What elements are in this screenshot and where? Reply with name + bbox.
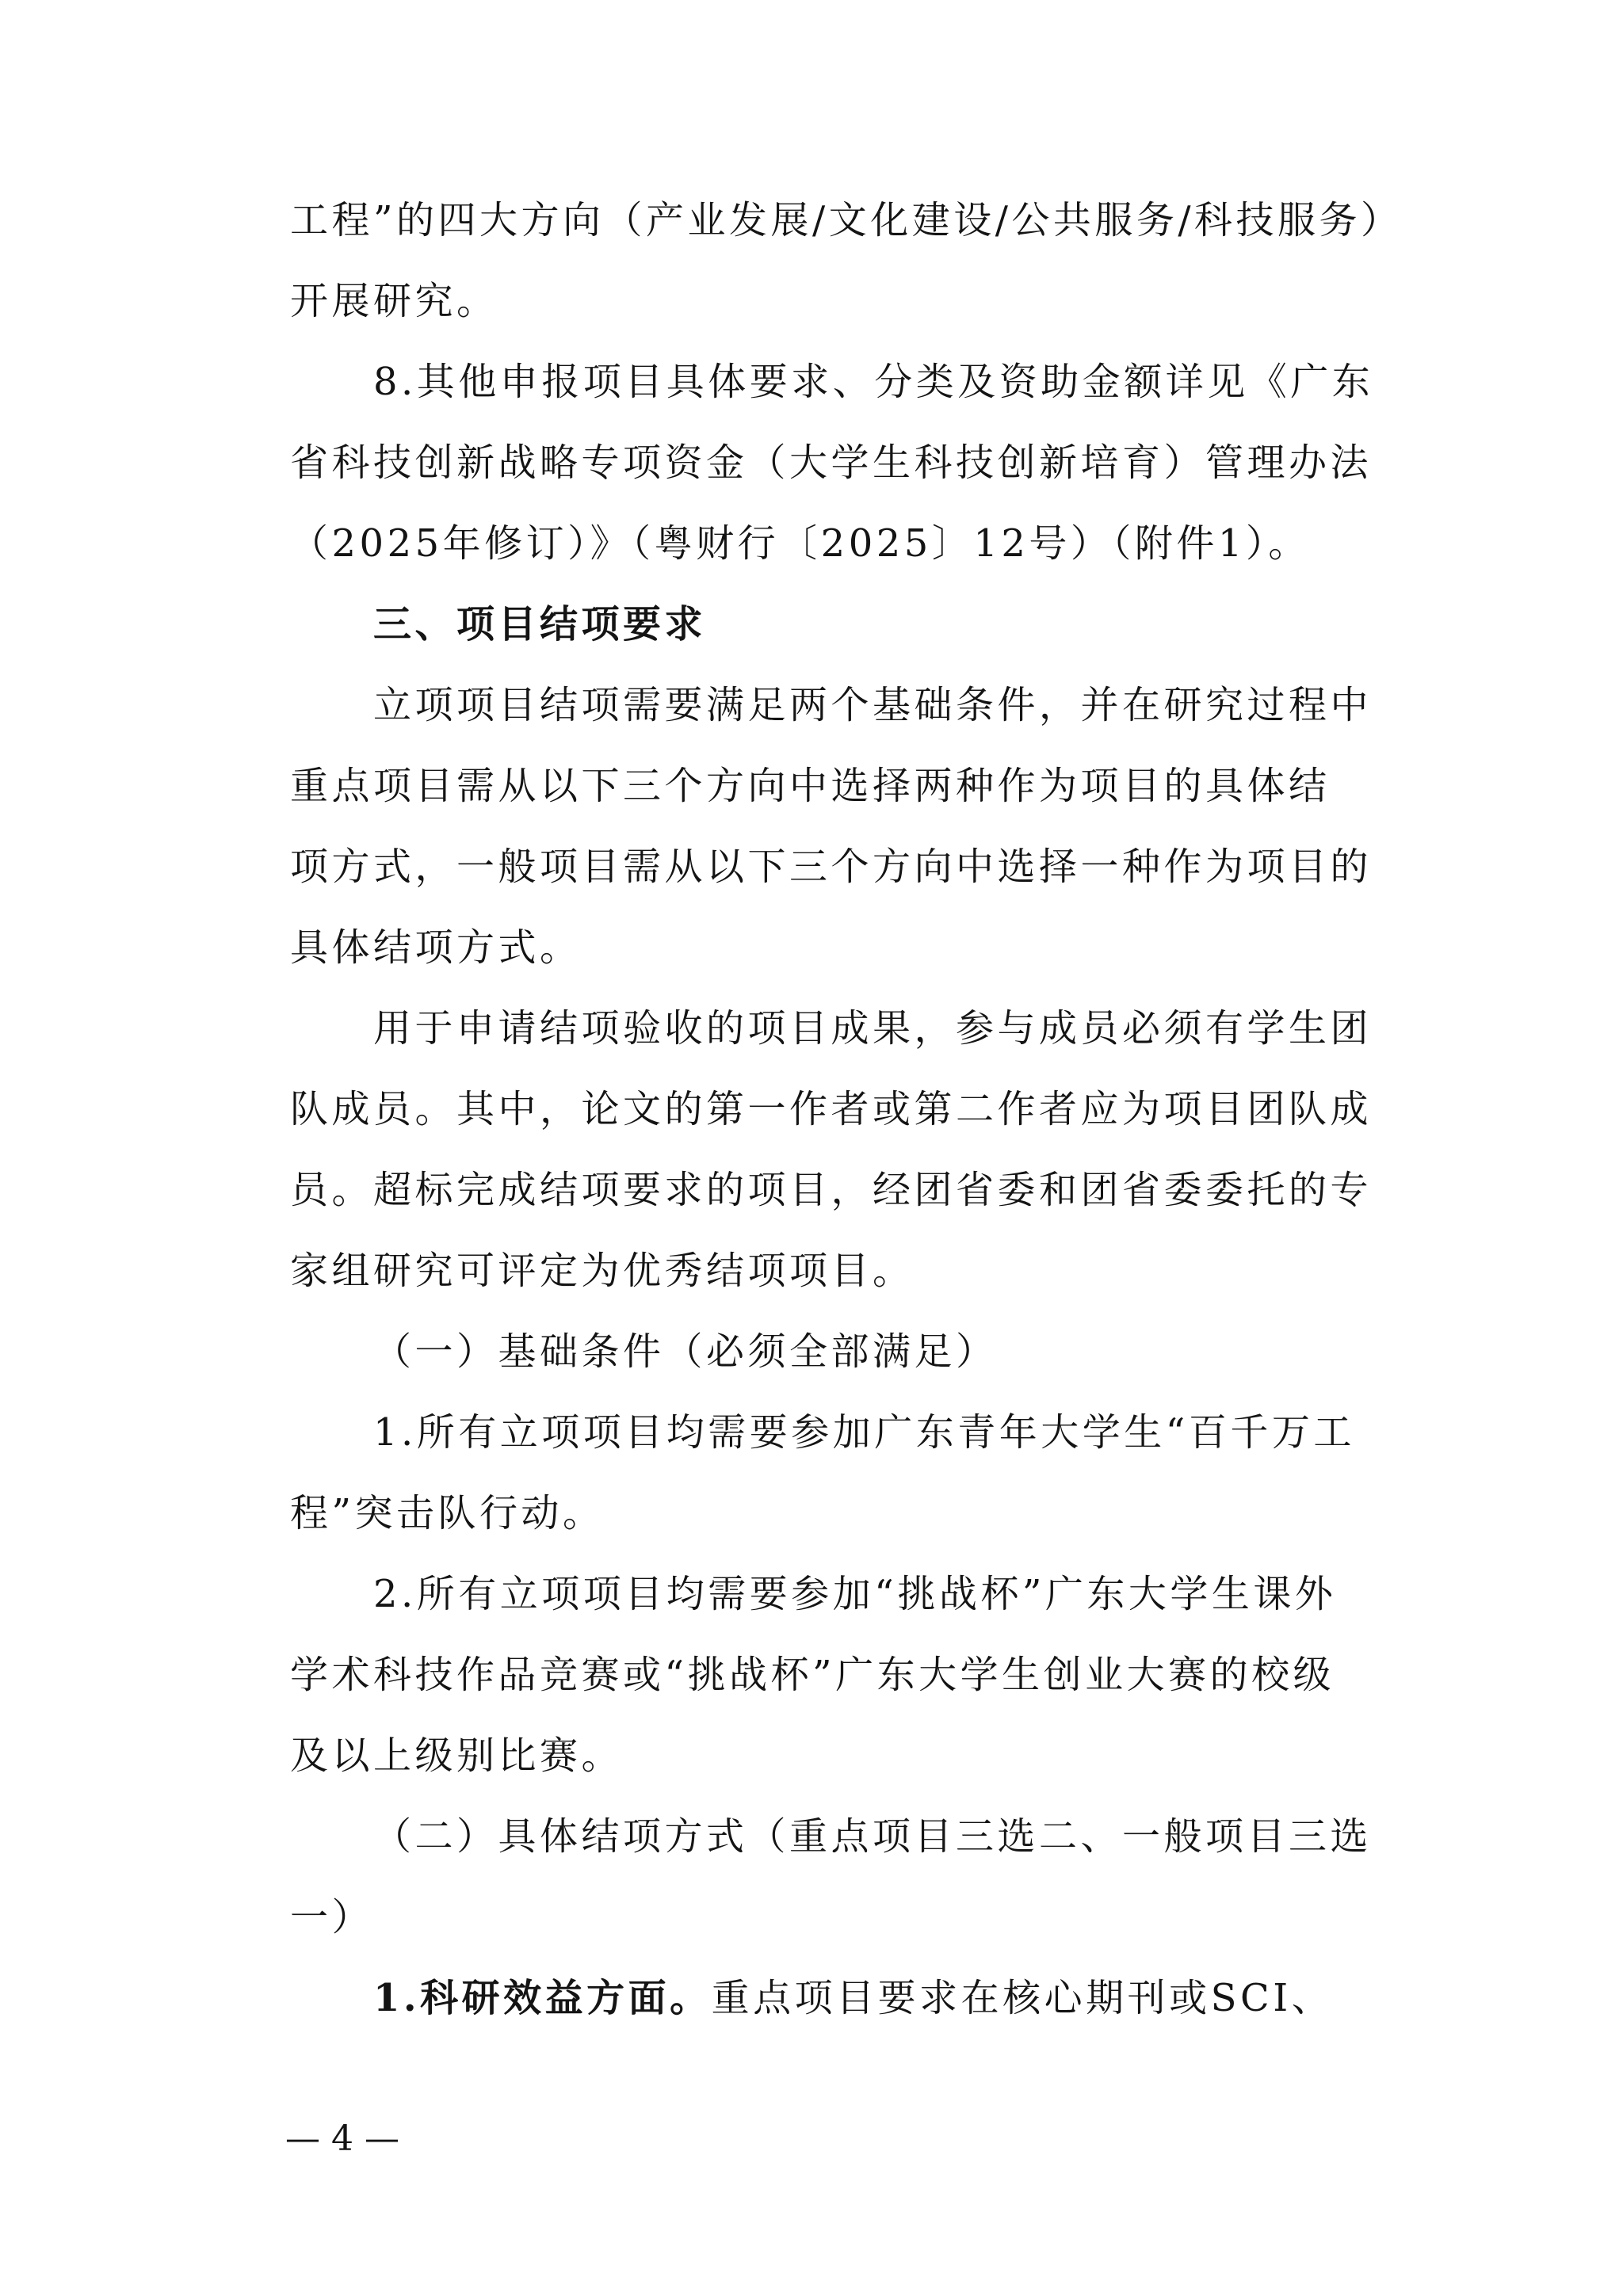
document-page: 工程”的四大方向（产业发展/文化建设/公共服务/科技服务） 开展研究。 8.其他… — [0, 0, 1623, 2296]
list-item-line: 学术科技作品竞赛或“挑战杯”广东大学生创业大赛的校级 — [290, 1651, 1335, 1699]
paragraph-line: 家组研究可评定为优秀结项项目。 — [290, 1247, 915, 1295]
list-item-line: 及以上级别比赛。 — [290, 1732, 623, 1779]
paragraph-line: 用于申请结项验收的项目成果，参与成员必须有学生团 — [373, 1005, 1372, 1052]
list-item-2: 2.所有立项项目均需要参加“挑战杯”广东大学生课外 — [373, 1570, 1336, 1618]
paragraph-line: 具体结项方式。 — [290, 924, 582, 971]
paragraph-line: 立项项目结项需要满足两个基础条件，并在研究过程中 — [373, 681, 1372, 729]
list-item-research: 1.科研效益方面。重点项目要求在核心期刊或SCI、 — [373, 1974, 1333, 2022]
body-line: （2025年修订）》（粤财行〔2025〕12号）（附件1）。 — [290, 520, 1310, 567]
list-item-text: 重点项目要求在核心期刊或SCI、 — [712, 1976, 1334, 2020]
list-item-8: 8.其他申报项目具体要求、分类及资助金额详见《广东 — [373, 358, 1373, 406]
list-item-1: 1.所有立项项目均需要参加广东青年大学生“百千万工 — [373, 1409, 1355, 1456]
lead-in-bold: 1.科研效益方面。 — [373, 1976, 712, 2020]
body-line: 省科技创新战略专项资金（大学生科技创新培育）管理办法 — [290, 439, 1372, 486]
subheading-completion-methods: （二）具体结项方式（重点项目三选二、一般项目三选 — [373, 1813, 1372, 1860]
body-line: 工程”的四大方向（产业发展/文化建设/公共服务/科技服务） — [290, 196, 1403, 244]
subheading-basic-conditions: （一）基础条件（必须全部满足） — [373, 1328, 998, 1375]
subheading-line: 一） — [290, 1894, 373, 1941]
paragraph-line: 重点项目需从以下三个方向中选择两种作为项目的具体结 — [290, 762, 1331, 810]
section-heading: 三、项目结项要求 — [373, 601, 706, 648]
paragraph-line: 项方式，一般项目需从以下三个方向中选择一种作为项目的 — [290, 843, 1372, 891]
list-item-line: 程”突击队行动。 — [290, 1489, 605, 1537]
page-number: — 4 — — [285, 2119, 399, 2159]
paragraph-line: 员。超标完成结项要求的项目，经团省委和团省委委托的专 — [290, 1166, 1372, 1214]
body-line: 开展研究。 — [290, 277, 498, 325]
paragraph-line: 队成员。其中，论文的第一作者或第二作者应为项目团队成 — [290, 1085, 1372, 1133]
